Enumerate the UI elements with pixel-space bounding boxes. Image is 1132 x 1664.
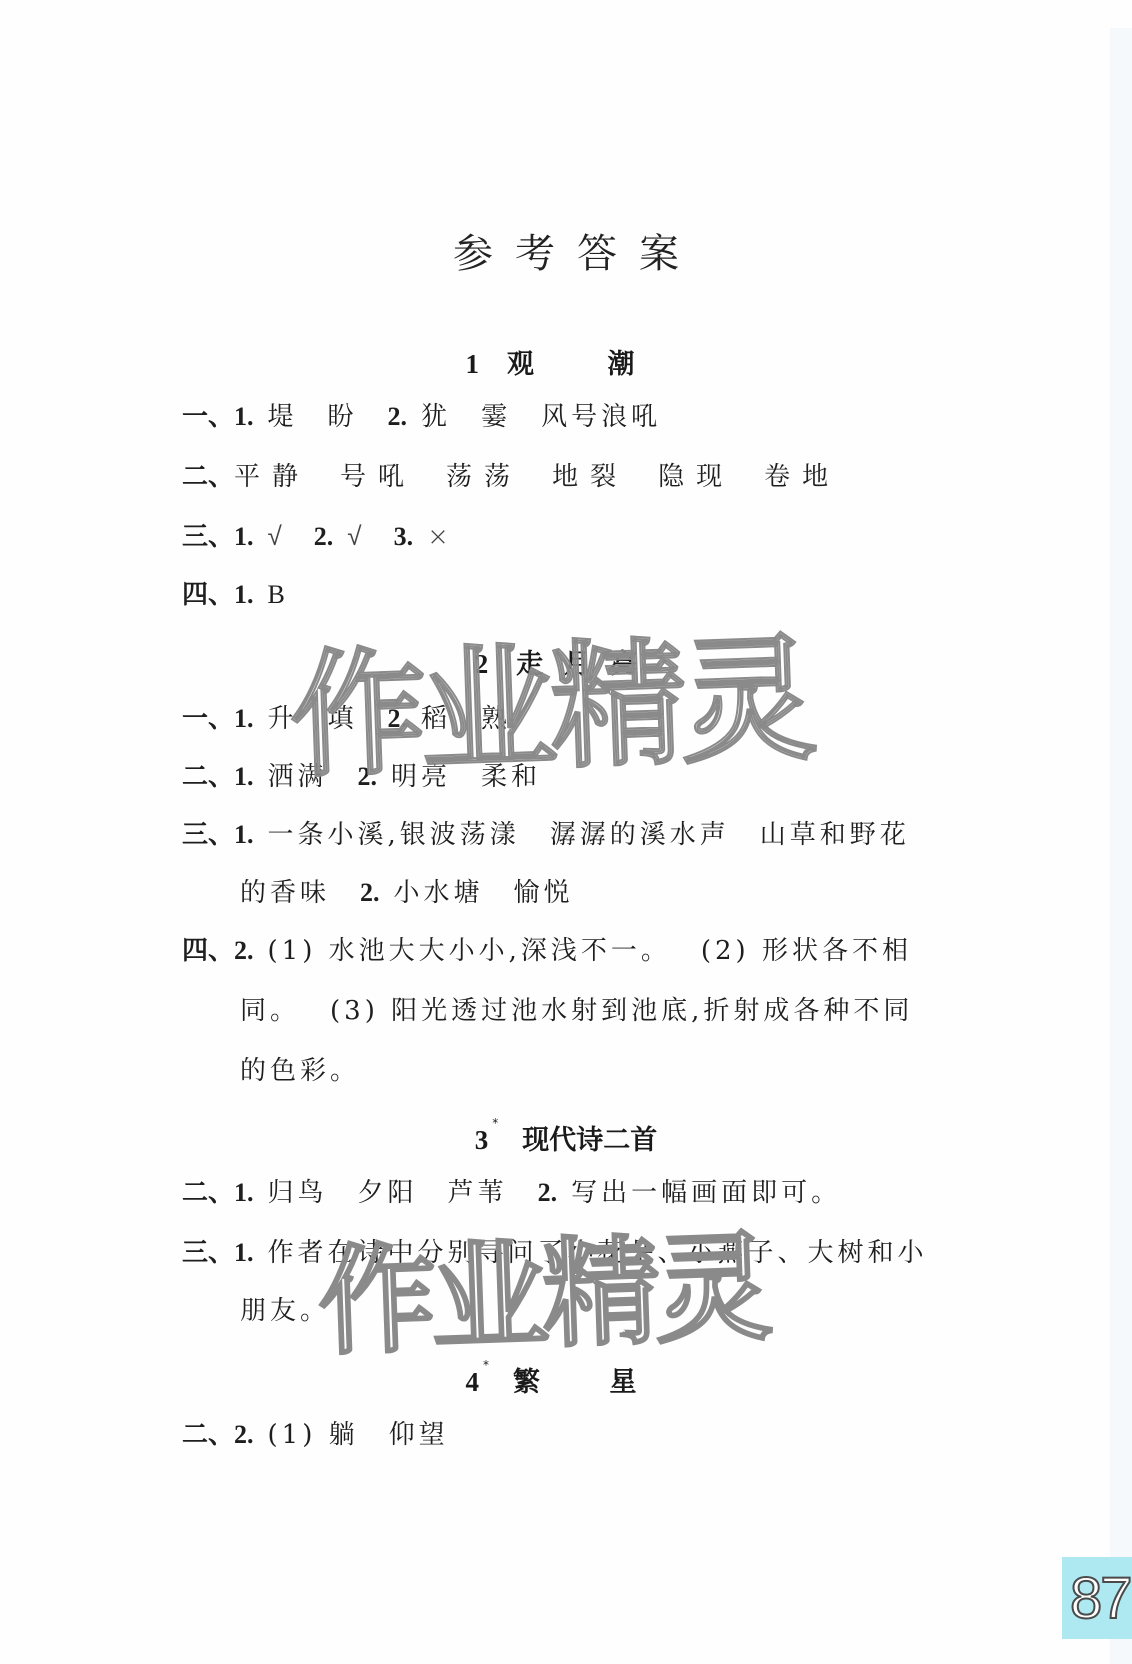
- answer: 风号浪吼: [541, 402, 661, 432]
- section-title-1: 1观 潮: [0, 342, 1132, 381]
- question-group-label: 二、: [182, 462, 234, 492]
- answer: 号吼: [340, 462, 416, 492]
- answer: 犹: [421, 402, 451, 432]
- answer-line-continued: 同。(3) 阳光透过池水射到池底,折射成各种不同: [240, 994, 913, 1028]
- answer: 夕阳: [358, 1178, 418, 1208]
- question-number: 2.: [234, 936, 254, 965]
- question-number: 2.: [538, 1178, 558, 1207]
- question-number: 1.: [234, 1238, 254, 1267]
- answer-line-continued: 的香味2.小水塘愉悦: [240, 876, 604, 910]
- answer: 填: [328, 704, 358, 734]
- question-group-label: 三、: [182, 1238, 234, 1268]
- section-number: 4: [466, 1367, 480, 1397]
- question-number: 1.: [234, 402, 254, 431]
- section-title-3: 3*现代诗二首: [0, 1118, 1132, 1157]
- section-title-2: 2走月亮: [0, 642, 1132, 681]
- question-number: 1.: [234, 1178, 254, 1207]
- question-number: 2.: [388, 402, 408, 431]
- answer: 柔和: [481, 762, 541, 792]
- page-number-badge: 87: [1062, 1557, 1132, 1639]
- watermark: 作业精灵: [315, 1192, 769, 1378]
- answer-line: 四、1.B: [182, 578, 319, 612]
- answer-line: 二、2.(1) 躺仰望: [182, 1418, 479, 1452]
- answer: 盼: [328, 402, 358, 432]
- question-group-label: 一、: [182, 704, 234, 734]
- answer: 朋友。: [240, 1296, 330, 1326]
- cross-mark-icon: ×: [427, 522, 449, 552]
- answer: 平静: [234, 462, 310, 492]
- section-number: 3: [475, 1125, 489, 1155]
- question-number: 2.: [358, 762, 378, 791]
- answer: 愉悦: [514, 878, 574, 908]
- answer: 隐现: [658, 462, 734, 492]
- optional-star-icon: *: [492, 1116, 498, 1130]
- question-group-label: 三、: [182, 820, 234, 850]
- section-name: 现代诗二首: [522, 1125, 657, 1156]
- question-number: 1.: [234, 580, 254, 609]
- answer: 山草和野花: [760, 820, 910, 850]
- answer-line: 二、平静号吼荡荡地裂隐现卷地: [182, 460, 870, 494]
- answer-line: 二、1.归鸟夕阳芦苇2.写出一幅画面即可。: [182, 1176, 871, 1210]
- answer: 洒满: [268, 762, 328, 792]
- question-number: 1.: [234, 762, 254, 791]
- answer-line-continued: 的色彩。: [240, 1054, 390, 1088]
- answer: 熟: [481, 704, 511, 734]
- question-group-label: 二、: [182, 1178, 234, 1208]
- section-number: 2: [475, 649, 489, 679]
- answer: 小水塘: [394, 878, 484, 908]
- answer: 同。: [240, 996, 300, 1026]
- answer: 芦苇: [448, 1178, 508, 1208]
- answer-line: 三、1.√2.√3.×: [182, 520, 481, 554]
- check-mark-icon: √: [268, 522, 282, 552]
- answer-page: 参考答案 1观 潮 一、1.堤盼2.犹霎风号浪吼 二、平静号吼荡荡地裂隐现卷地 …: [0, 0, 1132, 1664]
- section-name: 观 潮: [507, 349, 666, 380]
- answer-line: 一、1.堤盼2.犹霎风号浪吼: [182, 400, 691, 434]
- answer-line: 一、1.升填2.稻熟: [182, 702, 541, 736]
- answer: 明亮: [391, 762, 451, 792]
- answer-line-continued: 朋友。: [240, 1294, 360, 1328]
- section-title-4: 4*繁 星: [0, 1360, 1132, 1399]
- answer: 仰望: [389, 1420, 449, 1450]
- question-number: 1.: [234, 820, 254, 849]
- section-name: 繁 星: [513, 1367, 666, 1398]
- answer-line: 二、1.洒满2.明亮柔和: [182, 760, 571, 794]
- question-number: 2.: [388, 704, 408, 733]
- answer-line: 四、2.(1) 水池大大小小,深浅不一。(2) 形状各不相: [182, 934, 912, 968]
- answer: (1) 水池大大小小,深浅不一。: [268, 936, 671, 966]
- check-mark-icon: √: [347, 522, 361, 552]
- question-number: 3.: [394, 522, 414, 551]
- question-group-label: 四、: [182, 936, 234, 966]
- answer: 写出一幅画面即可。: [571, 1178, 841, 1208]
- answer: (3) 阳光透过池水射到池底,折射成各种不同: [330, 996, 913, 1026]
- answer: 作者在诗中分别寻问了小花朵、小燕子、大树和小: [268, 1238, 928, 1268]
- answer-line: 三、1.作者在诗中分别寻问了小花朵、小燕子、大树和小: [182, 1236, 928, 1270]
- question-group-label: 四、: [182, 580, 234, 610]
- answer: 地裂: [552, 462, 628, 492]
- question-group-label: 一、: [182, 402, 234, 432]
- answer: (2) 形状各不相: [701, 936, 912, 966]
- answer: 的色彩。: [240, 1056, 360, 1086]
- question-group-label: 二、: [182, 762, 234, 792]
- answer: 卷地: [764, 462, 840, 492]
- question-number: 2.: [314, 522, 334, 551]
- answer: 潺潺的溪水声: [550, 820, 730, 850]
- page-number: 87: [1070, 1565, 1131, 1632]
- optional-star-icon: *: [483, 1358, 489, 1372]
- question-number: 2.: [360, 878, 380, 907]
- answer: 堤: [268, 402, 298, 432]
- section-name: 走月亮: [516, 649, 657, 680]
- answer: 霎: [481, 402, 511, 432]
- question-group-label: 三、: [182, 522, 234, 552]
- page-title: 参考答案: [0, 222, 1132, 279]
- answer: 归鸟: [268, 1178, 328, 1208]
- question-number: 2.: [234, 1420, 254, 1449]
- section-number: 1: [466, 349, 480, 379]
- answer: 升: [268, 704, 298, 734]
- question-number: 1.: [234, 522, 254, 551]
- question-group-label: 二、: [182, 1420, 234, 1450]
- answer: (1) 躺: [268, 1420, 359, 1450]
- answer: 荡荡: [446, 462, 522, 492]
- answer: 一条小溪,银波荡漾: [268, 820, 520, 850]
- answer: 稻: [421, 704, 451, 734]
- answer: 的香味: [240, 878, 330, 908]
- question-number: 1.: [234, 704, 254, 733]
- answer: B: [268, 580, 289, 609]
- answer-line: 三、1.一条小溪,银波荡漾潺潺的溪水声山草和野花: [182, 818, 910, 852]
